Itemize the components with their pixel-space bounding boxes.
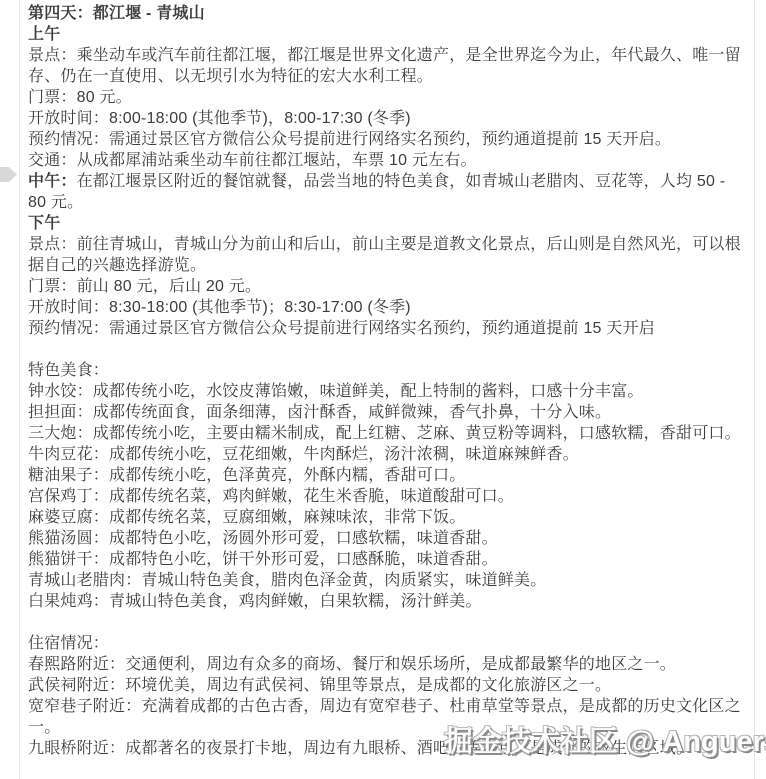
food-section-heading: 特色美食： xyxy=(28,360,744,381)
lodging-section-heading: 住宿情况： xyxy=(28,633,744,654)
afternoon-ticket: 门票：前山 80 元，后山 20 元。 xyxy=(28,276,744,297)
morning-heading: 上午 xyxy=(28,24,744,45)
lodging-chunxilu: 春熙路附近：交通便利，周边有众多的商场、餐厅和娱乐场所，是成都最繁华的地区之一。 xyxy=(28,654,744,675)
lodging-wuhouci: 武侯祠附近：环境优美，周边有武侯祠、锦里等景点，是成都的文化旅游区之一。 xyxy=(28,675,744,696)
morning-reservation: 预约情况：需通过景区官方微信公众号提前进行网络实名预约，预约通道提前 15 天开… xyxy=(28,129,744,150)
expand-arrow-icon[interactable] xyxy=(0,167,17,182)
food-niuroudouhua: 牛肉豆花：成都传统小吃，豆花细嫩，牛肉酥烂，汤汁浓稠，味道麻辣鲜香。 xyxy=(28,444,744,465)
noon-plan-text: 在都江堰景区附近的餐馆就餐，品尝当地的特色美食，如青城山老腊肉、豆花等，人均 5… xyxy=(28,173,725,211)
food-sandapao: 三大炮：成都传统小吃，主要由糯米制成，配上红糖、芝麻、黄豆粉等调料，口感软糯，香… xyxy=(28,423,744,444)
document-page: 第四天：都江堰 - 青城山上午景点：乘坐动车或汽车前往都江堰，都江堰是世界文化遗… xyxy=(0,0,766,779)
food-xiongmaotangyuan: 熊猫汤圆：成都特色小吃，汤圆外形可爱，口感软糯，味道香甜。 xyxy=(28,528,744,549)
afternoon-open-hours: 开放时间：8:30-18:00 (其他季节)；8:30-17:00 (冬季) xyxy=(28,297,744,318)
food-laolarou: 青城山老腊肉：青城山特色美食，腊肉色泽金黄，肉质紧实，味道鲜美。 xyxy=(28,570,744,591)
afternoon-reservation: 预约情况：需通过景区官方微信公众号提前进行网络实名预约，预约通道提前 15 天开… xyxy=(28,318,744,339)
morning-attraction: 景点：乘坐动车或汽车前往都江堰，都江堰是世界文化遗产，是全世界迄今为止，年代最久… xyxy=(28,45,744,87)
afternoon-attraction: 景点：前往青城山，青城山分为前山和后山，前山主要是道教文化景点，后山则是自然风光… xyxy=(28,234,744,276)
food-gongbaojiding: 宫保鸡丁：成都传统名菜，鸡肉鲜嫩，花生米香脆，味道酸甜可口。 xyxy=(28,486,744,507)
blank-line xyxy=(28,612,744,633)
food-tangyouguozi: 糖油果子：成都传统小吃，色泽黄亮，外酥内糯，香甜可口。 xyxy=(28,465,744,486)
food-baiguodunji: 白果炖鸡：青城山特色美食，鸡肉鲜嫩，白果软糯，汤汁鲜美。 xyxy=(28,591,744,612)
food-xiongmaobinggan: 熊猫饼干：成都特色小吃，饼干外形可爱，口感酥脆，味道香甜。 xyxy=(28,549,744,570)
lodging-jiuyanqiao: 九眼桥附近：成都著名的夜景打卡地，周边有九眼桥、酒吧街等景点，是成都的夜生活区域… xyxy=(28,738,744,759)
blank-line xyxy=(28,339,744,360)
day4-title: 第四天：都江堰 - 青城山 xyxy=(28,3,744,24)
morning-transport: 交通：从成都犀浦站乘坐动车前往都江堰站，车票 10 元左右。 xyxy=(28,150,744,171)
food-zhongshuijiao: 钟水饺：成都传统小吃，水饺皮薄馅嫩，味道鲜美，配上特制的酱料，口感十分丰富。 xyxy=(28,381,744,402)
article-content: 第四天：都江堰 - 青城山上午景点：乘坐动车或汽车前往都江堰，都江堰是世界文化遗… xyxy=(19,0,755,779)
morning-open-hours: 开放时间：8:00-18:00 (其他季节)，8:00-17:30 (冬季) xyxy=(28,108,744,129)
afternoon-heading: 下午 xyxy=(28,213,744,234)
morning-ticket: 门票：80 元。 xyxy=(28,87,744,108)
noon-plan-label: 中午： xyxy=(28,173,77,190)
lodging-kuanzhaixiangzi: 宽窄巷子附近：充满着成都的古色古香，周边有宽窄巷子、杜甫草堂等景点，是成都的历史… xyxy=(28,696,744,738)
food-dandanmian: 担担面：成都传统面食，面条细薄，卤汁酥香，咸鲜微辣，香气扑鼻，十分入味。 xyxy=(28,402,744,423)
noon-plan: 中午：在都江堰景区附近的餐馆就餐，品尝当地的特色美食，如青城山老腊肉、豆花等，人… xyxy=(28,171,744,213)
food-mapodoufu: 麻婆豆腐：成都传统名菜，豆腐细嫩，麻辣味浓，非常下饭。 xyxy=(28,507,744,528)
